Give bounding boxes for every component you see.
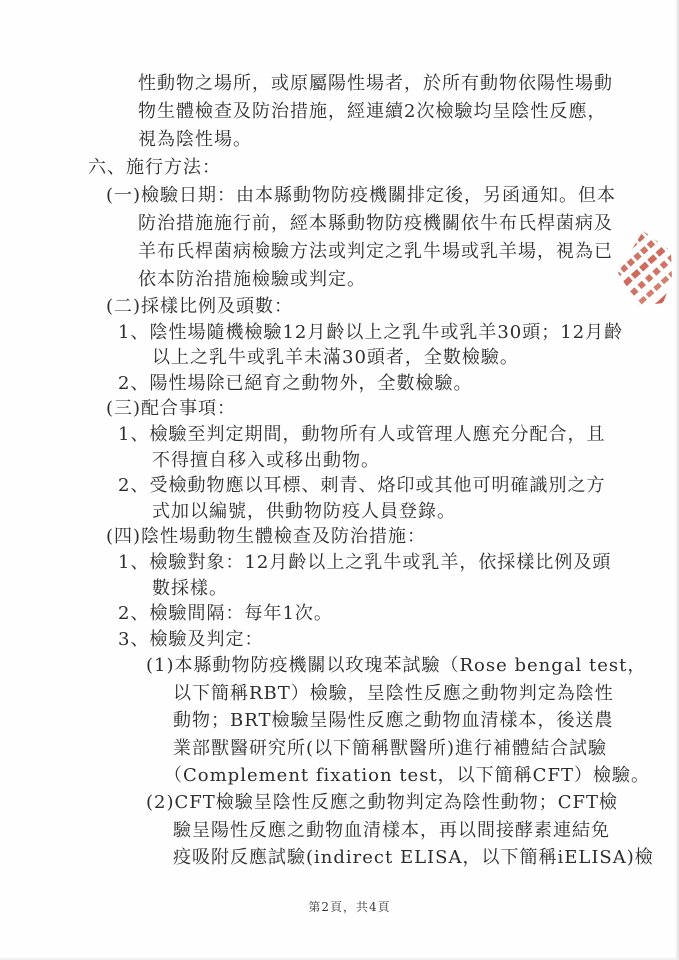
text-line: 2、受檢動物應以耳標、刺青、烙印或其他可明確識別之方 <box>118 473 679 499</box>
text-line: (1)本縣動物防疫機關以玫瑰苯試驗（Rose bengal test， <box>146 652 679 679</box>
document-body: 性動物之場所，或原屬陽性場者，於所有動物依陽性場動 物生體檢查及防治措施，經連續… <box>0 70 679 872</box>
text-line: （Complement fixation test，以下簡稱CFT）檢驗。 <box>164 762 679 789</box>
scan-edge-artifact-right <box>675 0 679 960</box>
text-line: 動物；BRT檢驗呈陽性反應之動物血清樣本，後送農 <box>173 707 679 734</box>
red-seal-icon <box>616 230 674 308</box>
scanned-document-page: 性動物之場所，或原屬陽性場者，於所有動物依陽性場動 物生體檢查及防治措施，經連續… <box>0 0 679 960</box>
text-line: (2)CFT檢驗呈陰性反應之動物判定為陰性動物；CFT檢 <box>146 789 679 816</box>
text-line: 1、陰性場隨機檢驗12月齡以上之乳牛或乳羊30頭；12月齡 <box>118 320 679 346</box>
text-line: 業部獸醫研究所(以下簡稱獸醫所)進行補體結合試驗 <box>173 735 679 762</box>
text-line: 依本防治措施檢驗或判定。 <box>138 266 679 294</box>
text-line: 驗呈陽性反應之動物血清樣本，再以間接酵素連結免 <box>173 817 679 844</box>
text-line: (一)檢驗日期：由本縣動物防疫機關排定後，另函通知。但本 <box>106 182 679 210</box>
text-line: 3、檢驗及判定： <box>118 627 679 653</box>
text-line: 以上之乳牛或乳羊未滿30頭者，全數檢驗。 <box>152 345 679 371</box>
text-line: 物生體檢查及防治措施，經連續2次檢驗均呈陰性反應， <box>138 98 679 126</box>
text-line: 羊布氏桿菌病檢驗方法或判定之乳牛場或乳羊場，視為已 <box>138 238 679 266</box>
text-line: 性動物之場所，或原屬陽性場者，於所有動物依陽性場動 <box>138 70 679 98</box>
paragraph-group-middle: (二)採樣比例及頭數： 1、陰性場隨機檢驗12月齡以上之乳牛或乳羊30頭；12月… <box>0 294 679 652</box>
text-line: 視為陰性場。 <box>138 126 679 154</box>
official-seal-stamp <box>616 230 674 308</box>
text-line: 2、檢驗間隔：每年1次。 <box>118 601 679 627</box>
section-heading-six: 六、施行方法： <box>88 154 679 182</box>
subsection-heading-2: (二)採樣比例及頭數： <box>106 294 679 320</box>
text-line: 1、檢驗至判定期間，動物所有人或管理人應充分配合，且 <box>118 422 679 448</box>
text-line: 防治措施施行前，經本縣動物防疫機關依牛布氏桿菌病及 <box>138 210 679 238</box>
text-line: 不得擅自移入或移出動物。 <box>152 448 679 474</box>
text-line: 以下簡稱RBT）檢驗，呈陰性反應之動物判定為陰性 <box>173 680 679 707</box>
paragraph-group-top: 性動物之場所，或原屬陽性場者，於所有動物依陽性場動 物生體檢查及防治措施，經連續… <box>0 70 679 294</box>
text-line: 式加以編號，供動物防疫人員登錄。 <box>152 499 679 525</box>
text-line: 數採樣。 <box>152 576 679 602</box>
subsection-heading-3: (三)配合事項： <box>106 396 679 422</box>
paragraph-group-bottom: (1)本縣動物防疫機關以玫瑰苯試驗（Rose bengal test， 以下簡稱… <box>0 652 679 871</box>
text-line: 疫吸附反應試驗(indirect ELISA，以下簡稱iELISA)檢 <box>173 844 679 871</box>
text-line: 1、檢驗對象：12月齡以上之乳牛或乳羊，依採樣比例及頭 <box>118 550 679 576</box>
text-line: 2、陽性場除已絕育之動物外，全數檢驗。 <box>118 371 679 397</box>
page-number: 第2頁，共4頁 <box>10 898 679 915</box>
subsection-heading-4: (四)陰性場動物生體檢查及防治措施： <box>106 524 679 550</box>
